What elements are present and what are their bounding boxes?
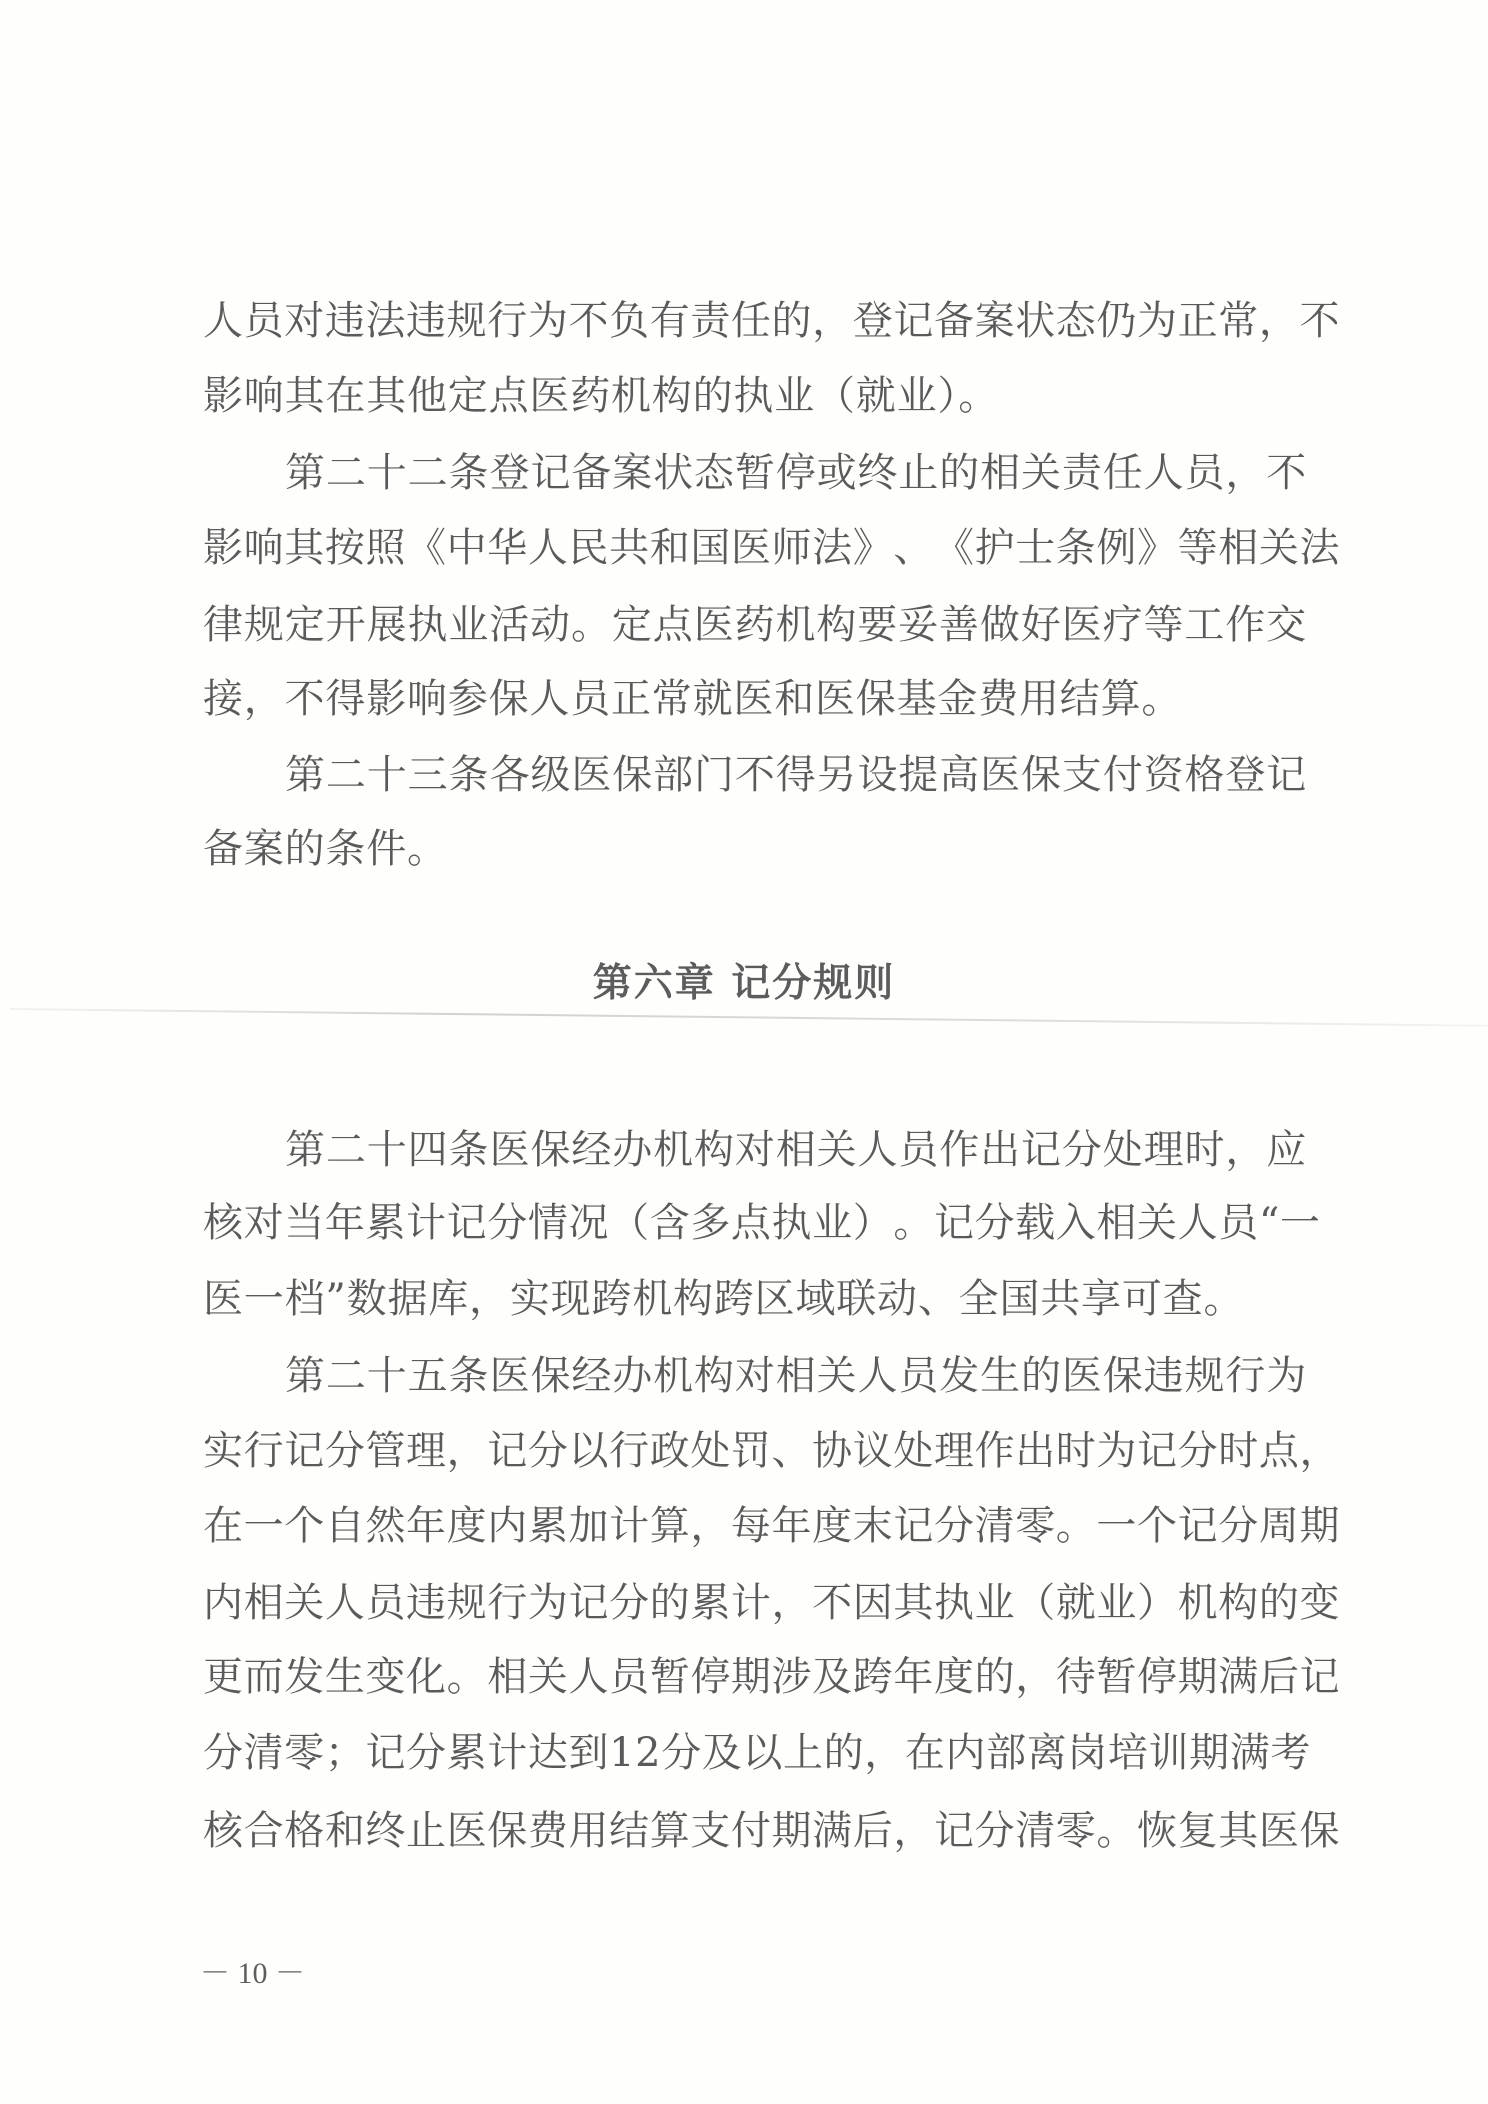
text-line: 律规定开展执业活动。定点医药机构要妥善做好医疗等工作交 <box>203 601 1307 649</box>
text-line: 人员对违法违规行为不负有责任的，登记备案状态仍为正常，不 <box>203 297 1307 345</box>
article-25-first-line: 第二十五条 医保经办机构对相关人员发生的医保违规行为 <box>285 1352 1307 1400</box>
text-line: 内相关人员违规行为记分的累计，不因其执业（就业）机构的变 <box>203 1579 1307 1627</box>
article-24-first-line: 第二十四条 医保经办机构对相关人员作出记分处理时，应 <box>285 1126 1307 1174</box>
text-line: 医一档”数据库，实现跨机构跨区域联动、全国共享可查。 <box>203 1275 1307 1323</box>
text-line: 更而发生变化。相关人员暂停期涉及跨年度的，待暂停期满后记 <box>203 1653 1307 1701</box>
article-22-first-line: 第二十二条 登记备案状态暂停或终止的相关责任人员，不 <box>285 449 1307 497</box>
text-line: 核对当年累计记分情况（含多点执业）。记分载入相关人员“一 <box>203 1199 1307 1247</box>
text-line: 核合格和终止医保费用结算支付期满后，记分清零。恢复其医保 <box>203 1807 1307 1855</box>
text-line: 在一个自然年度内累加计算，每年度末记分清零。一个记分周期 <box>203 1502 1307 1550</box>
page-number: － 10 － <box>200 1954 305 1994</box>
text-line: 接，不得影响参保人员正常就医和医保基金费用结算。 <box>203 675 1307 723</box>
document-page: 人员对违法违规行为不负有责任的，登记备案状态仍为正常，不 影响其在其他定点医药机… <box>0 0 1488 2104</box>
scan-crease-line <box>10 1008 1488 1027</box>
chapter-heading: 第六章 记分规则 <box>0 960 1488 1008</box>
text-line: 影响其在其他定点医药机构的执业（就业）。 <box>203 372 1307 420</box>
article-23-first-line: 第二十三条 各级医保部门不得另设提高医保支付资格登记 <box>285 751 1307 799</box>
text-line: 分清零；记分累计达到12分及以上的，在内部离岗培训期满考 <box>203 1729 1307 1777</box>
text-line: 影响其按照《中华人民共和国医师法》、《护士条例》等相关法 <box>203 524 1307 572</box>
text-line: 备案的条件。 <box>203 825 1307 873</box>
text-line: 实行记分管理，记分以行政处罚、协议处理作出时为记分时点， <box>203 1427 1307 1475</box>
